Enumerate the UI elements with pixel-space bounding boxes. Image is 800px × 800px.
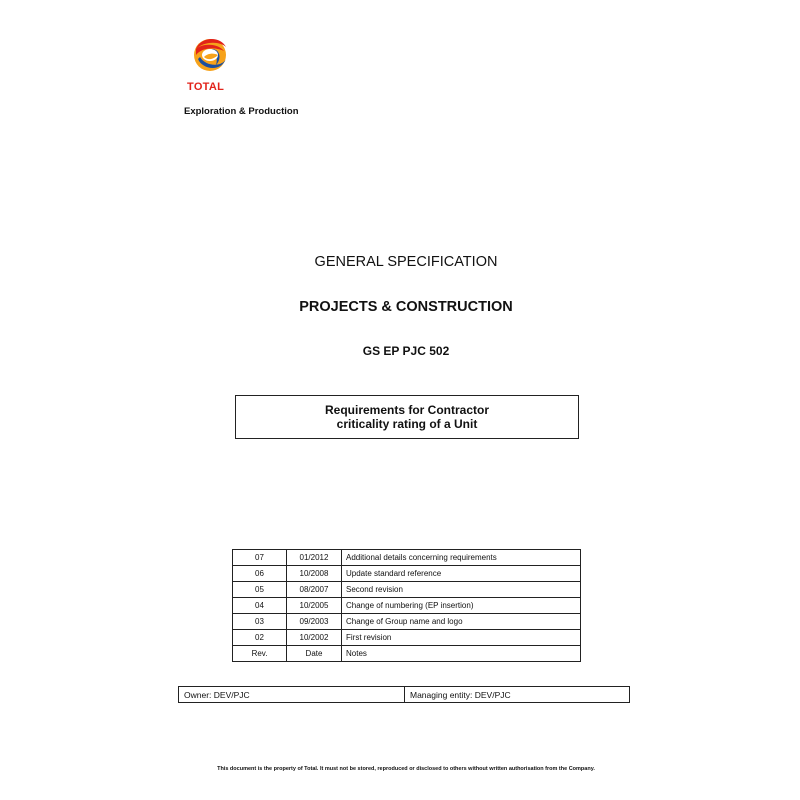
rev-cell: 05 <box>233 582 287 598</box>
date-cell: 01/2012 <box>287 550 342 566</box>
table-row: 04 10/2005 Change of numbering (EP inser… <box>233 598 581 614</box>
table-row: 07 01/2012 Additional details concerning… <box>233 550 581 566</box>
date-cell: 10/2005 <box>287 598 342 614</box>
notes-header: Notes <box>342 646 581 662</box>
date-cell: 10/2008 <box>287 566 342 582</box>
table-row: 06 10/2008 Update standard reference <box>233 566 581 582</box>
date-header: Date <box>287 646 342 662</box>
document-title-line-1: Requirements for Contractor <box>325 403 489 417</box>
document-title-box: Requirements for Contractor criticality … <box>235 395 579 439</box>
table-row: 03 09/2003 Change of Group name and logo <box>233 614 581 630</box>
document-category: PROJECTS & CONSTRUCTION <box>0 299 800 315</box>
revision-table: 07 01/2012 Additional details concerning… <box>232 549 581 662</box>
table-row: 02 10/2002 First revision <box>233 630 581 646</box>
division-label: Exploration & Production <box>184 106 299 117</box>
document-type: GENERAL SPECIFICATION <box>0 254 800 270</box>
document-title-line-2: criticality rating of a Unit <box>337 417 478 431</box>
notes-cell: Update standard reference <box>342 566 581 582</box>
rev-cell: 04 <box>233 598 287 614</box>
owner-cell: Owner: DEV/PJC <box>179 687 405 703</box>
notes-cell: Additional details concerning requiremen… <box>342 550 581 566</box>
table-row: 05 08/2007 Second revision <box>233 582 581 598</box>
notes-cell: Change of numbering (EP insertion) <box>342 598 581 614</box>
ownership-table: Owner: DEV/PJC Managing entity: DEV/PJC <box>178 686 630 703</box>
rev-cell: 07 <box>233 550 287 566</box>
rev-header: Rev. <box>233 646 287 662</box>
notes-cell: Change of Group name and logo <box>342 614 581 630</box>
rev-cell: 06 <box>233 566 287 582</box>
rev-cell: 02 <box>233 630 287 646</box>
table-header-row: Rev. Date Notes <box>233 646 581 662</box>
date-cell: 09/2003 <box>287 614 342 630</box>
document-code: GS EP PJC 502 <box>0 344 800 358</box>
rev-cell: 03 <box>233 614 287 630</box>
date-cell: 08/2007 <box>287 582 342 598</box>
total-logo-icon <box>190 33 230 77</box>
date-cell: 10/2002 <box>287 630 342 646</box>
notes-cell: First revision <box>342 630 581 646</box>
managing-entity-cell: Managing entity: DEV/PJC <box>405 687 630 703</box>
brand-name: TOTAL <box>187 81 224 93</box>
confidentiality-notice: This document is the property of Total. … <box>0 766 800 772</box>
notes-cell: Second revision <box>342 582 581 598</box>
